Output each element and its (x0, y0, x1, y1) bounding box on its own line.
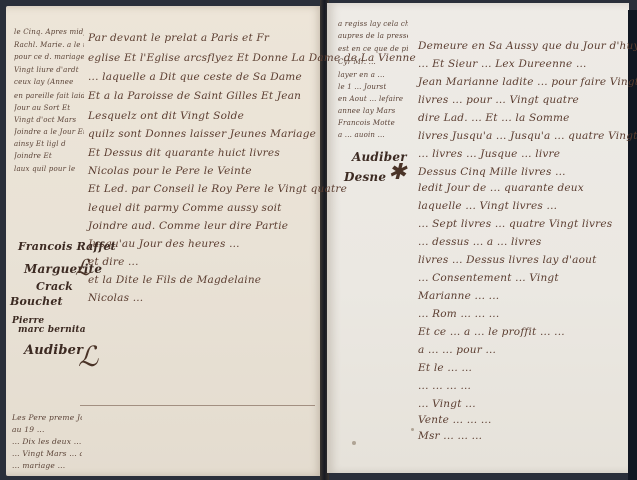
flourish-icon: ✱ (388, 160, 406, 185)
ink-stain (352, 441, 356, 445)
signature: Francois Raffet (18, 240, 116, 253)
margin-note: ceux lay (Annee (14, 78, 73, 86)
text-line: Et ce ... a ... le proffit ... ... (418, 326, 565, 338)
text-line: livres ... Dessus livres lay d'aout (418, 254, 597, 266)
text-line: Vente ... ... ... (418, 414, 491, 426)
text-line: Dessus Cinq Mille livres ... (418, 166, 566, 178)
margin-note: est en ce que de pier (338, 45, 408, 53)
text-line: au 19 ... (12, 425, 45, 434)
signature: Bouchet (10, 295, 63, 308)
text-line: Lesquelz ont dit Vingt Solde (88, 110, 244, 122)
margin-note: le 1 ... Jourst (338, 83, 386, 91)
text-line: ... Dix les deux ... de quatre ... (12, 437, 82, 446)
text-line: ... Vingt Mars ... au livre ... Chavalie… (12, 449, 82, 458)
text-line: dire Lad. ... Et ... la Somme (418, 112, 570, 124)
margin-note: annee lay Mars (338, 107, 395, 115)
text-line: Par devant le prelat a Paris et Fr (88, 32, 269, 44)
text-line: ... Sept livres ... quatre Vingt livres (418, 218, 612, 230)
text-line: Et le ... ... (418, 362, 472, 374)
flourish-icon: ℒ (75, 256, 91, 281)
flourish-icon: ℒ (78, 340, 98, 373)
text-line: livres Jusqu'a ... Jusqu'a ... quatre Vi… (418, 130, 637, 142)
margin-note: en pareille fait laid (14, 92, 84, 100)
text-line: ... Consentement ... Vingt (418, 272, 559, 284)
text-line: ... ... ... ... (418, 380, 471, 392)
margin-note: Vingt liure d'ardt (14, 66, 79, 74)
text-line: livres ... pour ... Vingt quatre (418, 94, 579, 106)
signature: Crack (36, 280, 73, 293)
text-line: Marianne ... ... (418, 290, 499, 302)
text-line: Et Dessus dit quarante huict livres (88, 147, 280, 159)
text-line: quilz sont Donnes laisser Jeunes Mariage (88, 128, 316, 140)
signature: marc bernita (18, 325, 86, 335)
text-line: ... Rom ... ... ... (418, 308, 499, 320)
text-line: ... Et Sieur ... Lex Dureenne ... (418, 58, 587, 70)
margin-note: Joindre Et (14, 152, 52, 160)
margin-note: en Aout ... lefaire (338, 95, 403, 103)
text-line: Demeure en Sa Aussy que du Jour d'huy Ma… (418, 40, 637, 52)
margin-note: Vingt d'oct Mars (14, 116, 76, 124)
margin-note: le Cinq. Apres midy le (14, 28, 84, 36)
margin-note: Cyr Mr. ... (338, 58, 376, 66)
text-line: Nicolas ... (88, 292, 143, 304)
margin-note: layer en a ... (338, 71, 385, 79)
signature: Desne (344, 170, 386, 184)
text-line: lequel dit parmy Comme aussy soit (88, 202, 282, 214)
margin-note: a regiss lay cela chez (338, 20, 408, 28)
margin-note: laux quil pour le (14, 165, 75, 173)
divider (80, 405, 315, 406)
text-line: Et a la Paroisse de Saint Gilles Et Jean (88, 90, 301, 102)
margin-note: aupres de la presse (338, 32, 408, 40)
margin-note: Jour au Sort Et (14, 104, 70, 112)
text-line: ... dessus ... a ... livres (418, 236, 542, 248)
signature: Audiber (24, 343, 83, 358)
margin-note: ainsy Et ligl d (14, 140, 66, 148)
text-line: ... laquelle a Dit que ceste de Sa Dame (88, 71, 302, 83)
text-line: Les Pere preme Jocelyn avec ses Dix sept… (12, 413, 82, 422)
text-line: ... livres ... Jusque ... livre (418, 148, 560, 160)
margin-note: Rachl. Marie. a le tot (14, 41, 84, 49)
text-line: laquelle ... Vingt livres ... (418, 200, 557, 212)
text-line: Et Led. par Conseil le Roy Pere le Vingt… (88, 183, 347, 195)
text-line: Jean Marianne ladite ... pour faire Ving… (418, 76, 637, 88)
text-line: Nicolas pour le Pere le Veinte (88, 165, 252, 177)
text-line: a ... ... pour ... (418, 344, 496, 356)
text-line: Joindre aud. Comme leur dire Partie (88, 220, 288, 232)
margin-note: pour ce d. mariaget (14, 53, 84, 61)
text-line: Msr ... ... ... (418, 430, 482, 442)
text-line: et la Dite le Fils de Magdelaine (88, 274, 261, 286)
margin-note: Joindre a le Jour Et (14, 128, 84, 136)
ink-stain (411, 428, 414, 431)
text-line: ... mariage ... (12, 461, 65, 470)
margin-note: a ... auoin ... (338, 131, 385, 139)
margin-note: Francois Motte (338, 119, 395, 127)
text-line: ledit Jour de ... quarante deux (418, 182, 584, 194)
